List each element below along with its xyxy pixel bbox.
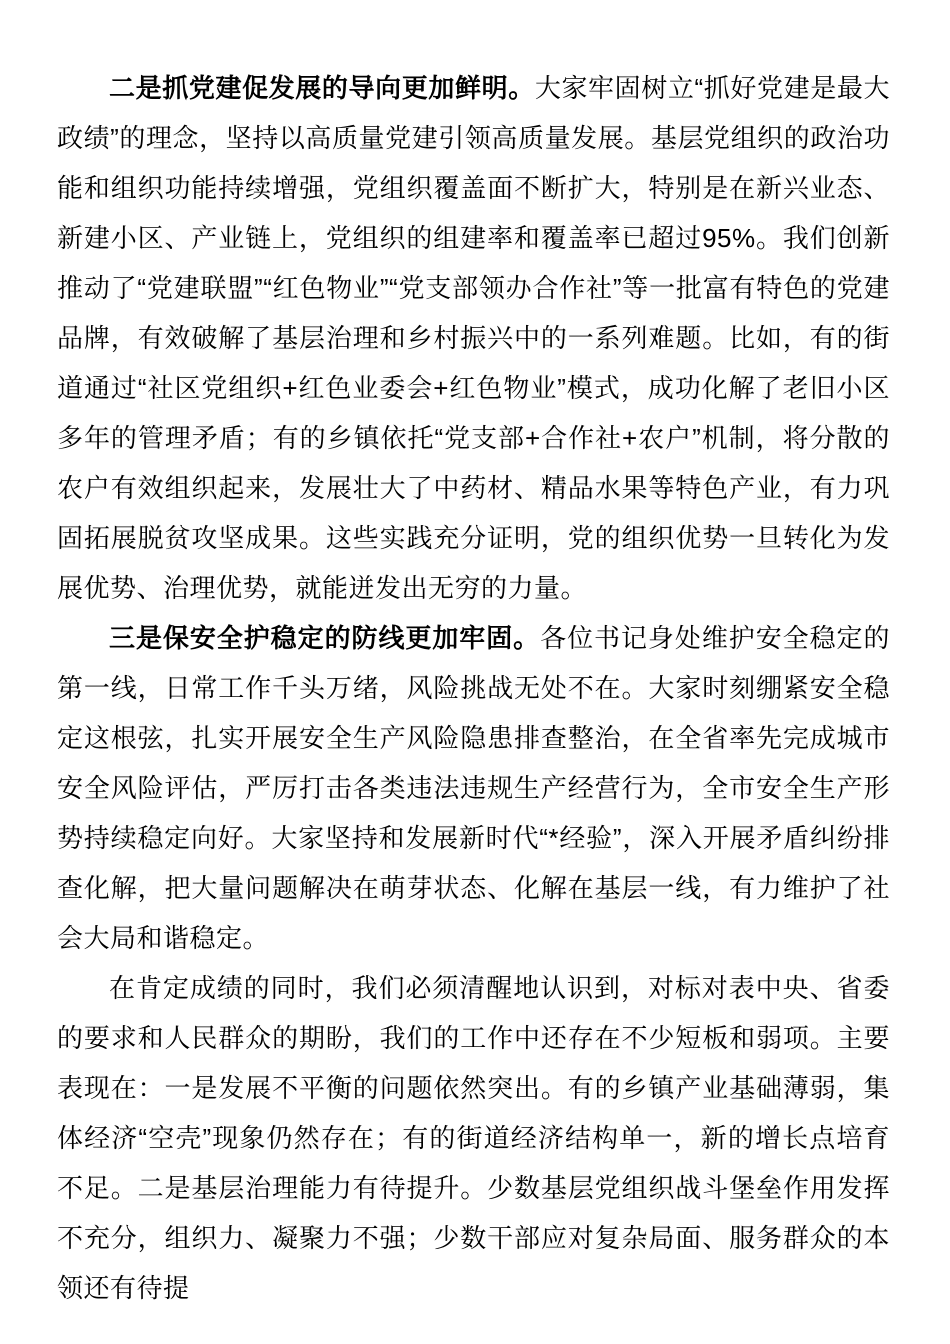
- document-body: 二是抓党建促发展的导向更加鲜明。大家牢固树立“抓好党建是最大政绩”的理念，坚持以…: [57, 63, 890, 1313]
- paragraph-lead-third-point: 三是保安全护稳定的防线更加牢固。: [109, 623, 540, 653]
- paragraph-text-third-point: 各位书记身处维护安全稳定的第一线，日常工作千头万绪，风险挑战无处不在。大家时刻绷…: [57, 623, 890, 953]
- paragraph-lead-second-point: 二是抓党建促发展的导向更加鲜明。: [109, 73, 535, 103]
- paragraph-text-second-point: 大家牢固树立“抓好党建是最大政绩”的理念，坚持以高质量党建引领高质量发展。基层党…: [57, 73, 890, 603]
- paragraph-second-point-party-building: 二是抓党建促发展的导向更加鲜明。大家牢固树立“抓好党建是最大政绩”的理念，坚持以…: [57, 63, 890, 613]
- document-page: 二是抓党建促发展的导向更加鲜明。大家牢固树立“抓好党建是最大政绩”的理念，坚持以…: [0, 0, 950, 1344]
- paragraph-problems-shortcomings: 在肯定成绩的同时，我们必须清醒地认识到，对标对表中央、省委的要求和人民群众的期盼…: [57, 963, 890, 1313]
- paragraph-text-problems: 在肯定成绩的同时，我们必须清醒地认识到，对标对表中央、省委的要求和人民群众的期盼…: [57, 973, 890, 1303]
- paragraph-third-point-safety-stability: 三是保安全护稳定的防线更加牢固。各位书记身处维护安全稳定的第一线，日常工作千头万…: [57, 613, 890, 963]
